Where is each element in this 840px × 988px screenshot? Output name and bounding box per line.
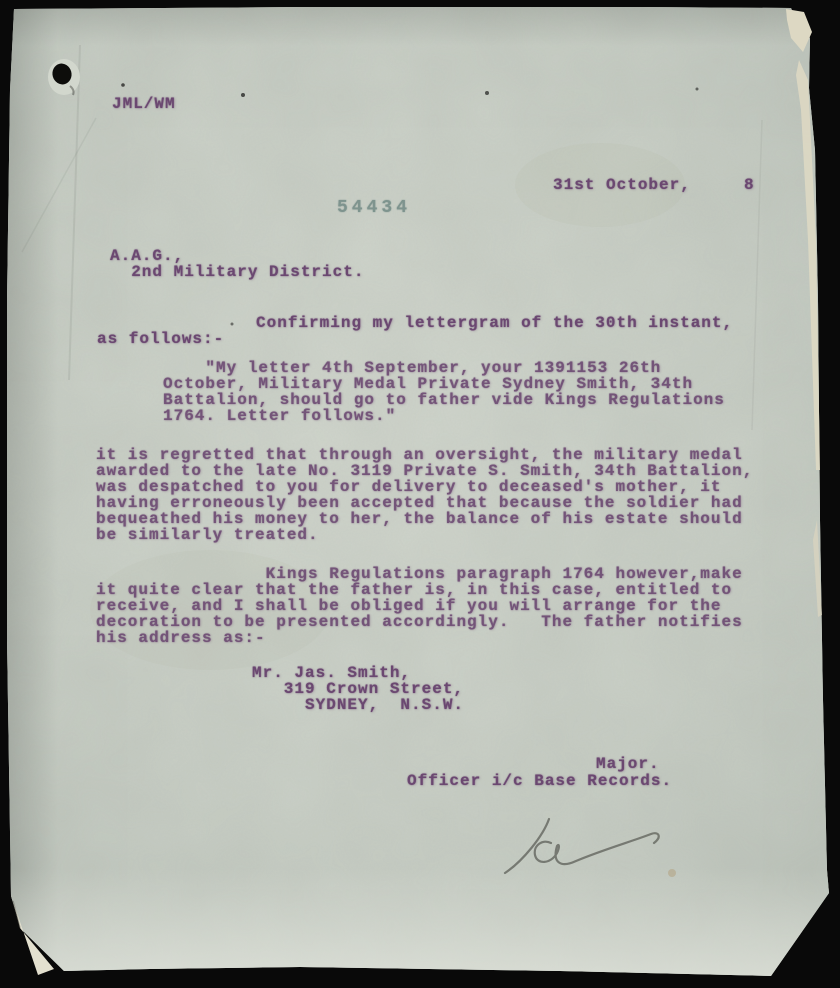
- closing-rank: Major.: [596, 756, 660, 772]
- office-reference: JML/WM: [112, 96, 176, 112]
- opening-paragraph: Confirming my lettergram of the 30th ins…: [97, 315, 733, 347]
- top-edge-shadow: [0, 0, 840, 46]
- left-edge-shadow: [0, 0, 58, 988]
- year-digit: 8: [744, 177, 755, 193]
- closing-office: Officer i/c Base Records.: [407, 773, 672, 789]
- ink-speck: [241, 93, 245, 97]
- rust-speck: [668, 869, 676, 877]
- recipient-address: A.A.G., 2nd Military District.: [110, 248, 364, 280]
- ink-speck: [485, 91, 489, 95]
- body-paragraph-regulations: Kings Regulations paragraph 1764 however…: [96, 566, 743, 646]
- quoted-lettergram: "My letter 4th September, your 1391153 2…: [163, 360, 725, 424]
- scanned-letter: JML/WM 31st October, 8 54434 A.A.G., 2nd…: [0, 0, 840, 988]
- file-number-stamp: 54434: [337, 199, 411, 217]
- date-line: 31st October,: [553, 177, 691, 193]
- body-paragraph-regret: it is regretted that through an oversigh…: [96, 447, 753, 543]
- ink-speck: [121, 83, 125, 87]
- bottom-edge-light: [0, 868, 840, 988]
- ink-speck: [696, 88, 699, 91]
- father-address: Mr. Jas. Smith, 319 Crown Street, SYDNEY…: [252, 665, 464, 713]
